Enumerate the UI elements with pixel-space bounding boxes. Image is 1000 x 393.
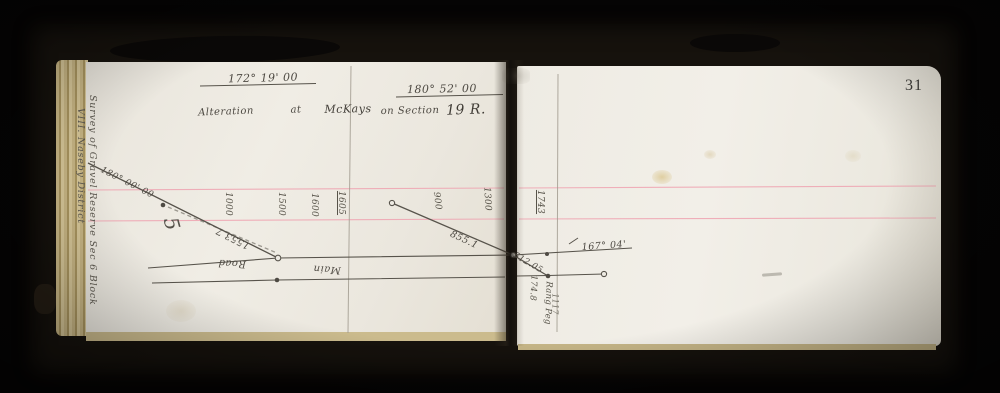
- margin-note-line1: Survey of Gravel Reserve Sec 6 Block: [87, 95, 98, 306]
- page-number: 31: [905, 77, 923, 95]
- title-section-number: 19 R.: [446, 101, 486, 118]
- peg-number-label: 1117: [551, 293, 560, 315]
- title-word-alteration: Alteration: [198, 106, 254, 119]
- bearing-right-header: 180° 52' 00: [407, 82, 477, 96]
- open-station-point: [601, 271, 606, 276]
- bearing-tick: [569, 238, 578, 244]
- road-label-main: Main: [313, 263, 342, 276]
- title-word-at: at: [290, 104, 301, 115]
- bearing-left-header: 172° 19' 00: [228, 71, 298, 86]
- road-label-road: Road: [218, 257, 246, 269]
- offset-174-label: 174.8: [527, 275, 538, 301]
- filled-station-point: [161, 203, 166, 208]
- margin-note-line2: VIII. Naseby District: [75, 108, 86, 224]
- chainage-1600: 1600: [309, 193, 319, 217]
- filled-station-point: [546, 274, 551, 279]
- chainage-1500: 1500: [276, 192, 286, 216]
- open-station-point: [275, 255, 281, 261]
- chainage-1605: 1605: [336, 191, 346, 215]
- field-book-photo: 172° 19' 00 180° 52' 00 Alteration at Mc…: [0, 0, 1000, 393]
- filled-station-point: [545, 252, 549, 256]
- title-word-on-section: on Section: [381, 105, 440, 117]
- filled-station-point: [275, 278, 280, 283]
- book-gutter-shadow: [494, 60, 524, 346]
- open-station-point: [389, 200, 394, 205]
- title-word-mckays: McKays: [324, 102, 371, 116]
- chainage-1743: 1743: [535, 190, 545, 214]
- road-lower-edge-left: [152, 277, 505, 283]
- chainage-1300: 1300: [481, 187, 492, 212]
- chainage-900: 900: [431, 191, 443, 210]
- chainage-1000: 1000: [223, 192, 233, 216]
